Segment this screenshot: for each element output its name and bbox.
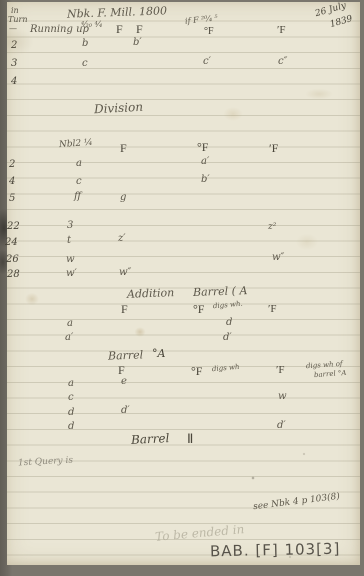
see-reference-note: see Nbk 4 p 103(8) — [253, 493, 341, 513]
row-num-3: 3 — [11, 59, 17, 69]
bar-digs-note3: barrel °A — [314, 370, 347, 379]
page-title: Nbk. F. Mill. 1800 — [67, 5, 167, 19]
bar-f2: °F — [191, 365, 202, 377]
division-colhead: Nbl2 ¼ — [59, 139, 93, 150]
addition-heading: Addition — [127, 287, 175, 300]
add-f1: F — [121, 303, 128, 315]
division-heading: Division — [94, 101, 144, 116]
cell-b-prime: b′ — [133, 38, 142, 48]
division-f2: °F — [197, 141, 208, 153]
bar-f1: F — [118, 364, 125, 376]
div-cell-z2: z² — [268, 223, 276, 232]
margin-note-line3: — — [9, 25, 17, 33]
division-f3: ′F — [269, 142, 278, 154]
pencil-tobe-note: To be ended in — [155, 523, 245, 543]
add-cell-d-prime: d′ — [223, 333, 232, 343]
barrel-a-name: °A — [152, 348, 165, 359]
div-cell-w-dprime2: w″ — [119, 268, 131, 278]
div-cell-w-prime: w′ — [66, 269, 77, 279]
div-row-num-26: 26 — [6, 255, 19, 265]
scan-background: in Turn — Nbk. F. Mill. 1800 26 July 183… — [0, 0, 364, 576]
row-num-4: 4 — [11, 77, 17, 87]
running-up-fraction: ⁴⁄₂₀ ⁴⁄₄ — [81, 21, 102, 29]
bar-f3: ′F — [276, 365, 285, 376]
division-f1: F — [120, 142, 127, 154]
div-cell-w-dprime: w″ — [272, 253, 284, 263]
add-f3: ′F — [268, 304, 277, 315]
div-cell-t: t — [67, 236, 71, 246]
div-cell-ff: ff — [74, 192, 81, 202]
cell-b: b — [82, 39, 88, 49]
div-cell-b-prime: b′ — [201, 175, 210, 185]
div-cell-w: w — [66, 255, 75, 265]
div-row-num-22: 22 — [7, 222, 20, 232]
div-cell-a-prime: a′ — [201, 157, 209, 167]
bar-cell-c: c — [68, 393, 74, 403]
add-cell-a-prime: a′ — [65, 333, 73, 343]
col-f1: F — [116, 23, 123, 35]
col-note: if F ²⁰⁄₄ ⁵ — [185, 14, 219, 25]
barrel-2-numeral: Ⅱ — [187, 432, 193, 445]
col-note-f: °F — [204, 27, 214, 37]
col-f2: F — [136, 23, 143, 35]
manuscript-page: in Turn — Nbk. F. Mill. 1800 26 July 183… — [7, 2, 360, 565]
div-row-num-4: 4 — [9, 177, 15, 187]
margin-note-line1: in — [11, 7, 19, 15]
bar-cell-a: a — [68, 379, 74, 389]
div-row-num-28: 28 — [7, 270, 20, 280]
bar-cell-d1: d — [68, 408, 74, 418]
bar-cell-d2: d — [68, 422, 74, 432]
div-cell-3: 3 — [67, 221, 73, 231]
add-cell-a: a — [67, 319, 73, 329]
div-cell-g: g — [120, 193, 126, 203]
bar-cell-e: e — [121, 377, 127, 387]
date-note-line2: 1839 — [329, 15, 353, 30]
bar-digs-note: digs wh — [212, 364, 240, 373]
addition-barrel-a: Barrel ( A — [193, 285, 248, 298]
catalog-label: BAB. [F] 103[3] — [210, 542, 341, 560]
add-f2: °F — [193, 303, 204, 315]
div-cell-c: c — [76, 177, 82, 187]
barrel-a-heading: Barrel — [108, 349, 144, 361]
cell-c-prime: c′ — [203, 57, 211, 67]
div-cell-z-prime: z′ — [118, 234, 126, 244]
cell-c-dprime: c″ — [278, 57, 287, 67]
col-f4: ′F — [277, 25, 286, 36]
bar-cell-w: w — [278, 392, 287, 402]
margin-note-line2: Turn — [8, 16, 27, 24]
div-row-num-5: 5 — [9, 194, 15, 204]
add-cell-d: d — [226, 318, 232, 328]
div-row-num-24: 24 — [5, 238, 18, 248]
add-digs-note: digs wh. — [213, 301, 243, 311]
barrel-2-heading: Barrel — [131, 432, 170, 446]
pencil-query-note: 1st Query is — [18, 457, 73, 469]
div-row-num-2: 2 — [9, 160, 15, 170]
bar-cell-d1-prime: d′ — [121, 406, 130, 416]
div-cell-a: a — [76, 159, 82, 169]
bar-cell-d2-prime: d′ — [277, 421, 286, 431]
cell-c: c — [82, 59, 88, 69]
row-num-2: 2 — [11, 41, 17, 51]
